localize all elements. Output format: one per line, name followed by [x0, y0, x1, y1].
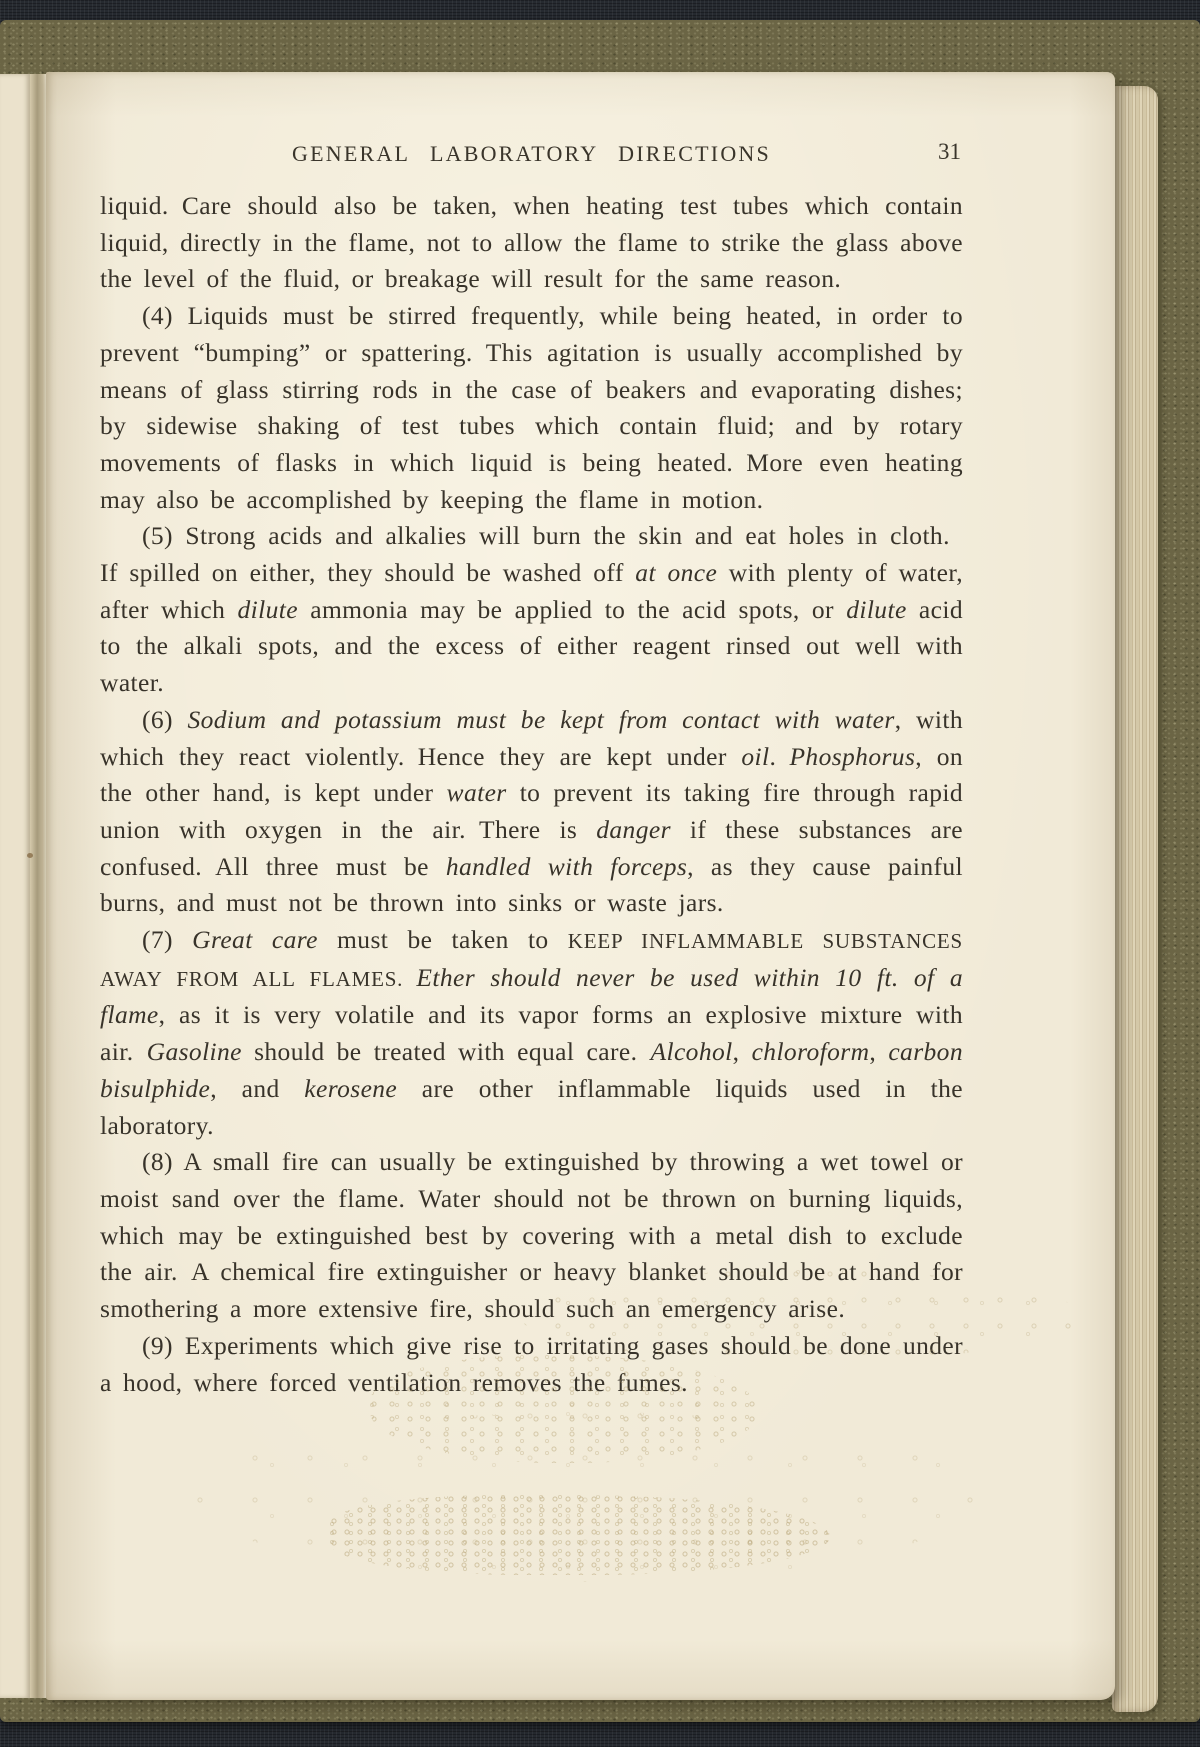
- text-run: (8) A small fire can usually be extingui…: [100, 1147, 963, 1323]
- paragraph: (5) Strong acids and alkalies will burn …: [100, 518, 963, 702]
- page-text: liquid. Care should also be taken, when …: [100, 188, 963, 1401]
- text-run: liquid. Care should also be taken, when …: [100, 191, 963, 293]
- facing-page-edge: [0, 74, 30, 1698]
- page-edges-stack: [1112, 86, 1158, 1712]
- paragraph: (7) Great care must be taken to KEEP INF…: [100, 922, 963, 1144]
- italic-run: water: [447, 778, 507, 807]
- italic-run: at once: [635, 558, 717, 587]
- text-run: (6): [142, 705, 187, 734]
- italic-run: dilute: [846, 595, 906, 624]
- text-run: ammonia may be applied to the acid spots…: [298, 595, 846, 624]
- text-run: ,: [733, 1037, 752, 1066]
- running-header: GENERAL LABORATORY DIRECTIONS 31: [100, 141, 963, 169]
- italic-run: handled with forceps: [446, 852, 687, 881]
- italic-run: Gasoline: [147, 1037, 242, 1066]
- text-run: (9) Experiments which give rise to irrit…: [100, 1331, 963, 1397]
- italic-run: danger: [596, 815, 671, 844]
- paragraph: (8) A small fire can usually be extingui…: [100, 1144, 963, 1328]
- italic-run: Sodium and potassium must be kept from c…: [187, 705, 894, 734]
- text-run: ,: [869, 1037, 888, 1066]
- italic-run: dilute: [238, 595, 298, 624]
- text-run: must be taken to: [318, 925, 568, 954]
- text-run: [403, 963, 416, 992]
- italic-run: Phosphorus: [789, 742, 915, 771]
- italic-run: Great care: [192, 925, 318, 954]
- book-page: GENERAL LABORATORY DIRECTIONS 31 liquid.…: [46, 72, 1115, 1700]
- paragraph: (6) Sodium and potassium must be kept fr…: [100, 702, 963, 922]
- text-run: (7): [142, 925, 192, 954]
- paragraph: (9) Experiments which give rise to irrit…: [100, 1328, 963, 1401]
- italic-run: oil: [741, 742, 769, 771]
- paper-stain: [330, 1495, 830, 1575]
- text-run: , and: [210, 1074, 304, 1103]
- page-title: GENERAL LABORATORY DIRECTIONS: [292, 141, 771, 167]
- text-run: (4) Liquids must be stirred frequently, …: [100, 301, 963, 514]
- text-run: .: [770, 742, 790, 771]
- paper-speck: [27, 853, 33, 858]
- italic-run: kerosene: [304, 1074, 397, 1103]
- page-number: 31: [938, 139, 961, 165]
- paper-stain: [196, 1412, 976, 1582]
- paragraph: (4) Liquids must be stirred frequently, …: [100, 298, 963, 518]
- book-gutter: [30, 74, 46, 1698]
- italic-run: Alcohol: [651, 1037, 733, 1066]
- italic-run: chloroform: [752, 1037, 870, 1066]
- text-run: should be treated with equal care.: [242, 1037, 651, 1066]
- paragraph: liquid. Care should also be taken, when …: [100, 188, 963, 298]
- scan-backdrop: GENERAL LABORATORY DIRECTIONS 31 liquid.…: [0, 0, 1200, 1747]
